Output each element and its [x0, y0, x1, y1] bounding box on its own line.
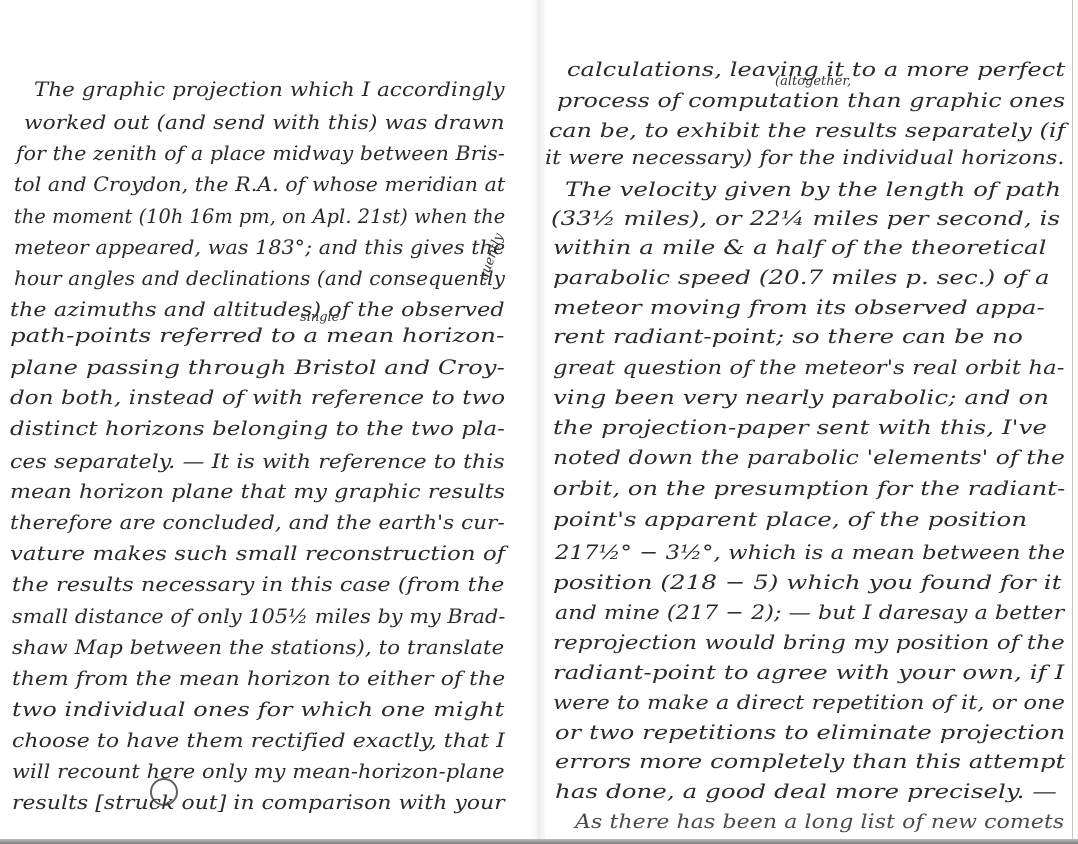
right-line-22: were to make a direct repetition of it, …: [553, 691, 1065, 714]
left-line-12: distinct horizons belonging to the two p…: [10, 417, 505, 440]
right-line-14: noted down the parabolic 'elements' of t…: [553, 446, 1065, 469]
right-line-11: great question of the meteor's real orbi…: [553, 356, 1065, 379]
scanned-letter: The graphic projection which I according…: [0, 0, 1078, 844]
right-line-21: radiant-point to agree with your own, if…: [553, 661, 1064, 684]
left-line-8: the azimuths and altitudes) of the obser…: [10, 298, 505, 321]
right-line-19: and mine (217 − 2); — but I daresay a be…: [555, 601, 1064, 624]
left-line-3: for the zenith of a place midway between…: [16, 142, 505, 165]
left-line-9: path-points referred to a mean horizon-: [10, 324, 504, 347]
right-line-25: has done, a good deal more precisely. —: [555, 780, 1057, 803]
left-line-10: plane passing through Bristol and Croy-: [10, 356, 505, 379]
struck-out-flourish: [150, 778, 178, 806]
left-line-19: shaw Map between the stations), to trans…: [12, 636, 504, 659]
right-line-24: errors more completely than this attempt: [555, 750, 1065, 773]
right-line-12: ving been very nearly parabolic; and on: [553, 386, 1049, 409]
right-line-18: position (218 − 5) which you found for i…: [553, 571, 1062, 594]
scan-bottom-edge: [0, 839, 1078, 844]
right-line-7: within a mile & a half of the theoretica…: [553, 236, 1047, 259]
left-line-4: tol and Croydon, the R.A. of whose merid…: [14, 173, 505, 196]
left-line-21: two individual ones for which one might: [12, 698, 504, 721]
right-line-13: the projection-paper sent with this, I'v…: [553, 416, 1047, 439]
left-line-14: mean horizon plane that my graphic resul…: [10, 480, 505, 503]
left-line-18: small distance of only 105½ miles by my …: [12, 605, 505, 628]
left-line-17: the results necessary in this case (from…: [12, 573, 504, 596]
right-line-17: 217½° − 3½°, which is a mean between the: [555, 541, 1065, 564]
right-line-8: parabolic speed (20.7 miles p. sec.) of …: [553, 266, 1050, 289]
right-page: calculations, leaving it to a more perfe…: [545, 0, 1073, 840]
right-line-6: (33½ miles), or 22¼ miles per second, is: [551, 207, 1060, 230]
left-line-16: vature makes such small reconstruction o…: [10, 542, 505, 565]
left-line-22: choose to have them rectified exactly, t…: [12, 729, 505, 752]
left-page: The graphic projection which I according…: [0, 0, 540, 840]
left-line-13: ces separately. — It is with reference t…: [10, 450, 505, 473]
left-line-15: therefore are concluded, and the earth's…: [10, 511, 505, 534]
left-line-2: worked out (and send with this) was draw…: [24, 111, 505, 134]
right-line-10: rent radiant-point; so there can be no: [553, 325, 1023, 348]
right-line-3: can be, to exhibit the results separatel…: [549, 119, 1066, 142]
left-line-23: will recount here only my mean-horizon-p…: [12, 760, 505, 783]
left-line-6: meteor appeared, was 183°; and this give…: [14, 236, 505, 259]
right-line-4: it were necessary) for the individual ho…: [545, 146, 1064, 169]
right-line-26: As there has been a long list of new com…: [575, 810, 1064, 833]
right-line-15: orbit, on the presumption for the radian…: [553, 477, 1065, 500]
left-line-5: the moment (10h 16m pm, on Apl. 21st) wh…: [14, 205, 505, 228]
left-line-20: them from the mean horizon to either of …: [12, 667, 505, 690]
right-line-2: process of computation than graphic ones: [557, 89, 1065, 112]
right-line-23: or two repetitions to eliminate projecti…: [555, 721, 1065, 744]
left-line-11: don both, instead of with reference to t…: [10, 386, 505, 409]
right-line-20: reprojection would bring my position of …: [553, 631, 1065, 654]
left-line-7: hour angles and declinations (and conseq…: [14, 267, 505, 290]
insertion-altogether: (altogether,: [775, 74, 851, 89]
right-line-9: meteor moving from its observed appa-: [553, 296, 1045, 319]
left-line-24: results [struck out] in comparison with …: [12, 791, 505, 814]
insertion-single: single: [300, 310, 339, 325]
left-line-1: The graphic projection which I according…: [34, 78, 505, 101]
right-line-5: The velocity given by the length of path: [565, 178, 1061, 201]
right-line-16: point's apparent place, of the position: [553, 508, 1027, 531]
